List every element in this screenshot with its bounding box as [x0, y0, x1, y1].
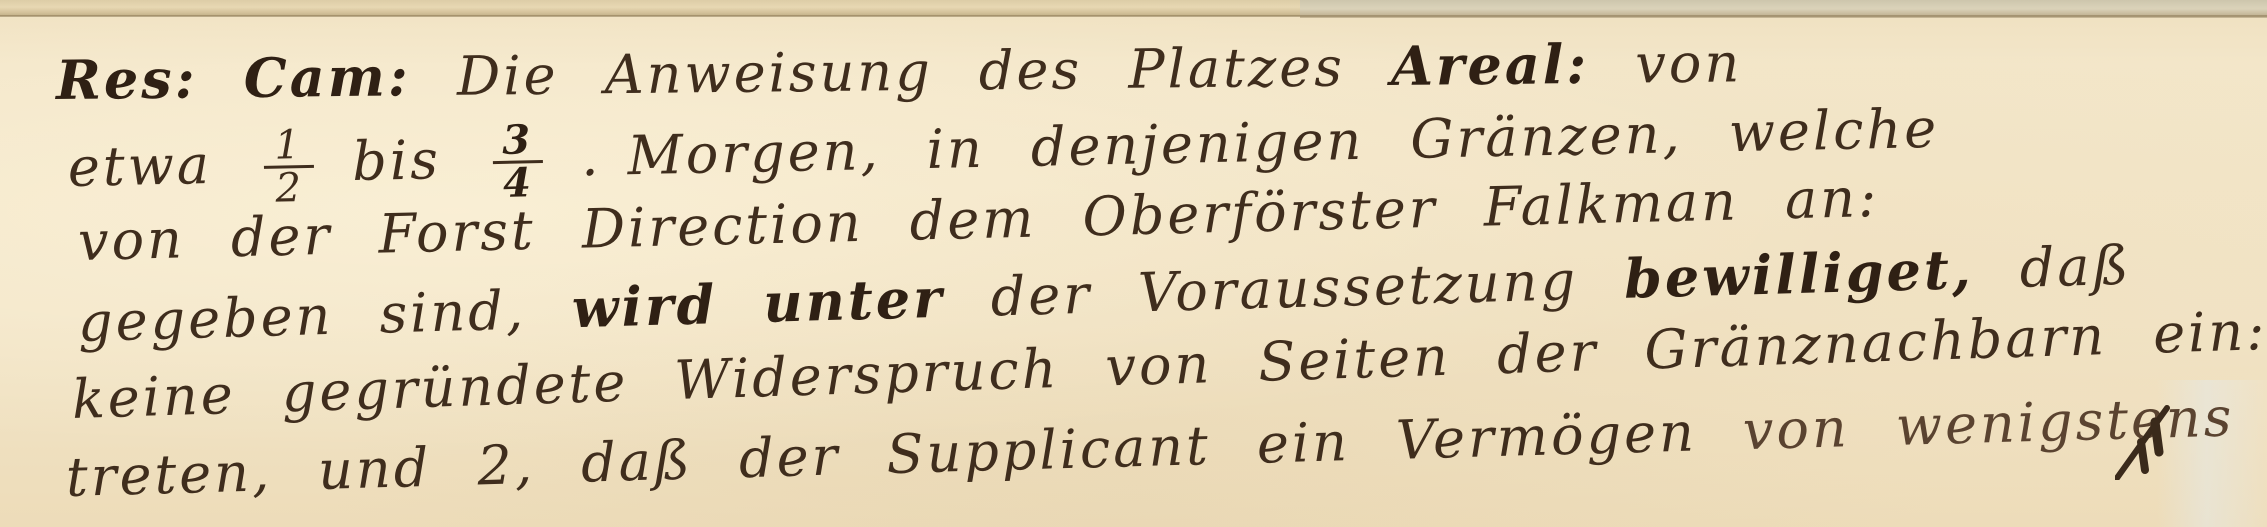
- word: Widerspruch: [673, 337, 1060, 412]
- word: der: [230, 204, 333, 269]
- fraction-three-quarters: 3 4: [492, 120, 544, 204]
- punctuation: .: [580, 124, 601, 187]
- word: Seiten: [1257, 325, 1452, 394]
- manuscript-text: Res: Cam: Die Anweisung des Platzes Area…: [0, 0, 2267, 527]
- word: daß: [2019, 234, 2133, 300]
- word: wenigstens: [1895, 385, 2235, 457]
- word: Forst: [378, 199, 537, 266]
- word: Vermögen: [1395, 400, 1697, 471]
- word: Anweisung: [604, 40, 933, 106]
- word: Res:: [56, 47, 198, 112]
- word: Gränznachbarn: [1643, 304, 2107, 382]
- word: der: [990, 263, 1093, 329]
- fraction-numerator: 1: [274, 125, 303, 166]
- word: von: [1742, 396, 1851, 462]
- word: Oberförster: [1082, 177, 1439, 249]
- word: der: [1496, 320, 1599, 386]
- word: ein: [1256, 410, 1351, 476]
- word: unter: [762, 266, 945, 335]
- word: treten,: [65, 440, 273, 509]
- word: welche: [1728, 96, 1940, 163]
- word: Die: [457, 44, 559, 108]
- word: der: [738, 424, 841, 490]
- word: von: [1635, 31, 1742, 95]
- word: gegründete: [281, 351, 629, 425]
- word: gegeben: [77, 284, 334, 354]
- word: Areal:: [1391, 32, 1590, 98]
- fraction-denominator: 4: [503, 163, 535, 204]
- word: an:: [1784, 166, 1880, 231]
- word: ein:: [2152, 299, 2267, 366]
- word: sind,: [379, 279, 527, 346]
- word: bewilliget,: [1623, 237, 1974, 311]
- word: Falkman: [1483, 169, 1740, 238]
- word: etwa: [67, 132, 212, 198]
- word: Platzes: [1128, 36, 1345, 101]
- word: und: [317, 436, 432, 502]
- word: in: [926, 116, 985, 180]
- word: Gränzen,: [1410, 102, 1684, 171]
- word: von: [1104, 332, 1213, 398]
- word: bis: [352, 128, 442, 193]
- word: daß: [580, 429, 694, 495]
- word: Direction: [581, 191, 864, 261]
- word: dem: [909, 187, 1037, 253]
- word: denjenigen: [1030, 108, 1365, 178]
- fraction-one-half: 1 2: [263, 125, 315, 209]
- word: von: [77, 207, 185, 273]
- continuation-mark-icon: [2115, 400, 2175, 480]
- fraction-numerator: 3: [502, 120, 534, 161]
- word: des: [979, 38, 1083, 102]
- fraction-denominator: 2: [275, 168, 304, 209]
- word: Cam:: [243, 44, 411, 110]
- word: Supplicant: [886, 414, 1212, 486]
- word: wird: [571, 272, 718, 340]
- word: Voraussetzung: [1137, 249, 1579, 324]
- word: Morgen,: [627, 118, 881, 186]
- word: keine: [71, 363, 237, 431]
- word: 2,: [477, 433, 536, 498]
